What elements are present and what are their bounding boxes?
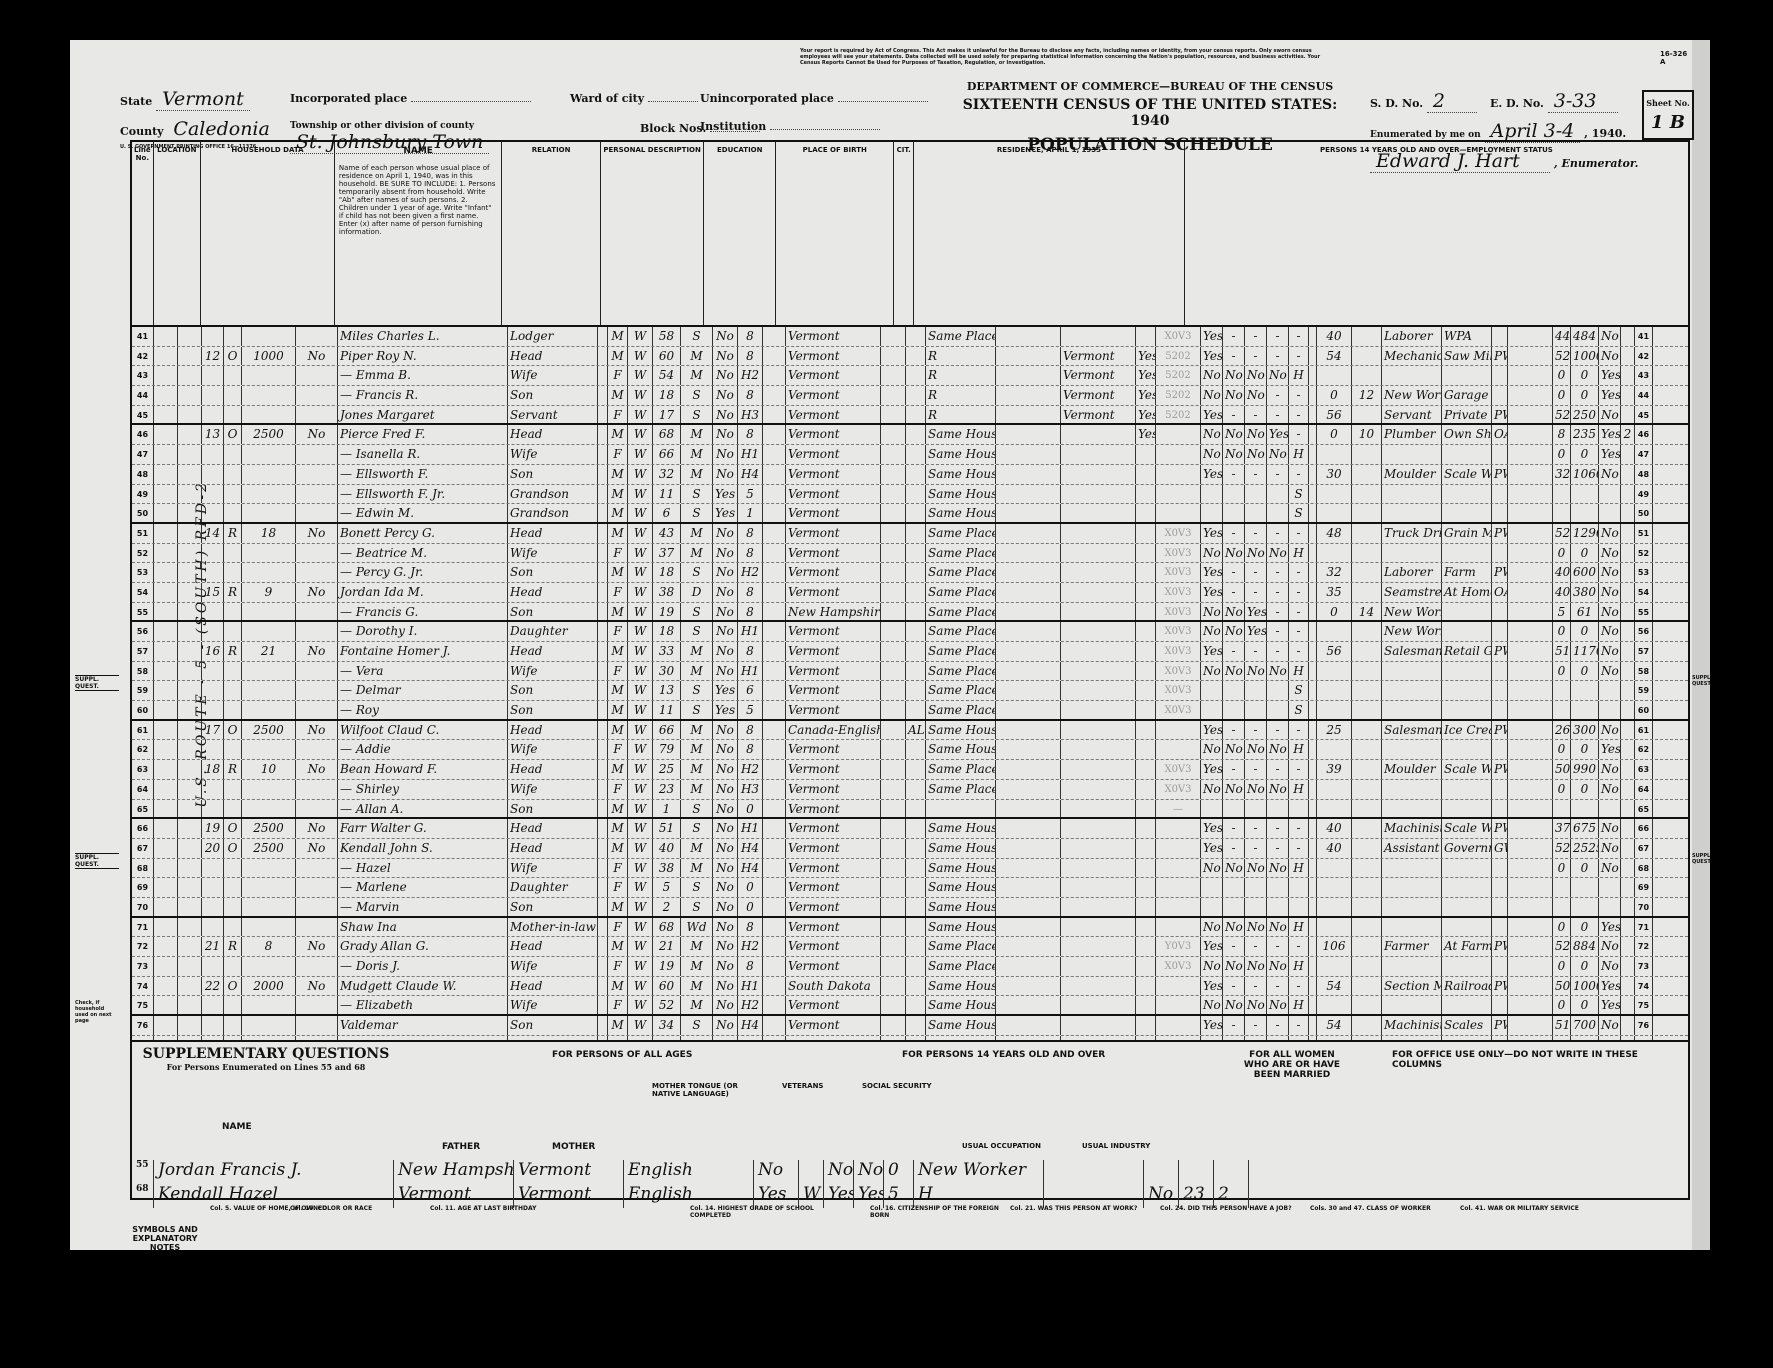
cell-occ: Moulder bbox=[1382, 465, 1442, 484]
cell-c23 bbox=[1245, 701, 1267, 719]
cell-c25 bbox=[1289, 898, 1309, 916]
cell-b bbox=[763, 347, 786, 366]
cell-line: 73 bbox=[132, 957, 154, 976]
cell-c16 bbox=[906, 504, 926, 522]
cell-c17: Same Place bbox=[926, 937, 996, 956]
cell-c21: No bbox=[1201, 740, 1223, 759]
cell-c26 bbox=[1317, 544, 1352, 563]
cell-c21: Yes bbox=[1201, 465, 1223, 484]
cell-sch: No bbox=[713, 662, 738, 681]
supp-cell-married_more bbox=[1144, 1160, 1179, 1184]
cell-b bbox=[763, 957, 786, 976]
cell-c25: H bbox=[1289, 780, 1309, 799]
cell-c2 bbox=[178, 563, 202, 582]
census-title: SIXTEENTH CENSUS OF THE UNITED STATES: 1… bbox=[950, 97, 1350, 129]
cell-d bbox=[1156, 740, 1201, 759]
cell-line: 72 bbox=[132, 937, 154, 956]
table-row: 62— AddieWifeFW79MNo8VermontSame HouseNo… bbox=[132, 740, 1688, 760]
supp-cell-ss2: No bbox=[854, 1160, 884, 1184]
cell-hh: 15 bbox=[202, 583, 224, 602]
cell-c21: No bbox=[1201, 386, 1223, 405]
cell-grade: H1 bbox=[738, 977, 763, 996]
cell-weeks: 52 bbox=[1553, 524, 1571, 543]
cell-income: 600 bbox=[1571, 563, 1599, 582]
cell-c24: - bbox=[1267, 465, 1289, 484]
cell-c18 bbox=[996, 347, 1061, 366]
cell-age: 68 bbox=[653, 425, 681, 444]
supp-women: FOR ALL WOMEN WHO ARE OR HAVE BEEN MARRI… bbox=[1242, 1050, 1342, 1080]
cell-c34 bbox=[1621, 563, 1635, 582]
cell-c24: - bbox=[1267, 839, 1289, 858]
cell-cls: PW bbox=[1492, 563, 1508, 582]
cell-occ: New Worker bbox=[1382, 622, 1442, 641]
cell-f bbox=[1508, 878, 1553, 897]
cell-occ bbox=[1382, 662, 1442, 681]
cell-b bbox=[763, 563, 786, 582]
cell-sex: F bbox=[608, 878, 628, 897]
cell-weeks: 51 bbox=[1553, 1016, 1571, 1035]
cell-ind bbox=[1442, 740, 1492, 759]
cell-c23: No bbox=[1245, 859, 1267, 878]
cell-d: X0V3 bbox=[1156, 957, 1201, 976]
cell-c2 bbox=[178, 622, 202, 641]
cell-c22: No bbox=[1223, 425, 1245, 444]
cell-grade: H2 bbox=[738, 996, 763, 1014]
cell-weeks: 44 bbox=[1553, 327, 1571, 346]
cell-e bbox=[1309, 662, 1317, 681]
cell-line: 44 bbox=[132, 386, 154, 405]
cell-line: 61 bbox=[132, 721, 154, 740]
cell-c21 bbox=[1201, 681, 1223, 700]
cell-occ bbox=[1382, 780, 1442, 799]
cell-sex: M bbox=[608, 898, 628, 916]
cell-own bbox=[224, 780, 242, 799]
cell-b bbox=[763, 839, 786, 858]
cell-own: O bbox=[224, 347, 242, 366]
cell-c25: H bbox=[1289, 544, 1309, 563]
cell-name: Bean Howard F. bbox=[338, 760, 508, 779]
table-row: 6318R10NoBean Howard F.HeadMW25MNoH2Verm… bbox=[132, 760, 1688, 780]
cell-c20 bbox=[1136, 819, 1156, 838]
cell-ind bbox=[1442, 898, 1492, 916]
cell-rel: Grandson bbox=[508, 504, 598, 522]
cell-c17: Same Place bbox=[926, 544, 996, 563]
cell-c22: No bbox=[1223, 780, 1245, 799]
cell-age: 60 bbox=[653, 347, 681, 366]
cell-value bbox=[242, 662, 296, 681]
cell-c23 bbox=[1245, 681, 1267, 700]
cell-weeks bbox=[1553, 898, 1571, 916]
cell-c24: - bbox=[1267, 1016, 1289, 1035]
cell-sex: M bbox=[608, 524, 628, 543]
cell-line: 60 bbox=[132, 701, 154, 719]
cell-rel: Daughter bbox=[508, 622, 598, 641]
cell-birth: Vermont bbox=[786, 622, 881, 641]
cell-grade: 8 bbox=[738, 740, 763, 759]
cell-income: 700 bbox=[1571, 1016, 1599, 1035]
cell-c bbox=[881, 878, 906, 897]
table-row: 68— HazelWifeFW38MNoH4VermontSame HouseN… bbox=[132, 859, 1688, 879]
cell-c1 bbox=[154, 662, 178, 681]
cell-hh bbox=[202, 622, 224, 641]
cell-c22 bbox=[1223, 878, 1245, 897]
cell-own bbox=[224, 800, 242, 818]
cell-c17: R bbox=[926, 406, 996, 424]
cell-c1 bbox=[154, 859, 178, 878]
cell-c23: No bbox=[1245, 740, 1267, 759]
cell-grade: H1 bbox=[738, 445, 763, 464]
cell-sch: No bbox=[713, 583, 738, 602]
cell-b bbox=[763, 937, 786, 956]
cell-d: X0V3 bbox=[1156, 622, 1201, 641]
cell-own: R bbox=[224, 583, 242, 602]
cell-c23 bbox=[1245, 898, 1267, 916]
cell-c25: - bbox=[1289, 563, 1309, 582]
cell-c24: - bbox=[1267, 386, 1289, 405]
cell-c1 bbox=[154, 406, 178, 424]
cell-c20 bbox=[1136, 465, 1156, 484]
cell-cls bbox=[1492, 366, 1508, 385]
cell-a bbox=[598, 780, 608, 799]
cell-c22: - bbox=[1223, 347, 1245, 366]
cell-line: 45 bbox=[132, 406, 154, 424]
cell-c24: No bbox=[1267, 662, 1289, 681]
cell-c25: - bbox=[1289, 583, 1309, 602]
cell-c bbox=[881, 701, 906, 719]
cell-c27 bbox=[1352, 839, 1382, 858]
cell-line: 65 bbox=[132, 800, 154, 818]
cell-mar: M bbox=[681, 662, 713, 681]
county-value: Caledonia bbox=[167, 118, 275, 141]
cell-other: Yes bbox=[1599, 996, 1621, 1014]
cell-grade: H2 bbox=[738, 760, 763, 779]
cell-other: No bbox=[1599, 347, 1621, 366]
cell-c20: Yes bbox=[1136, 347, 1156, 366]
cell-ind: Scale Works bbox=[1442, 760, 1492, 779]
cell-c18 bbox=[996, 485, 1061, 504]
cell-other bbox=[1599, 485, 1621, 504]
cell-sch: No bbox=[713, 603, 738, 621]
cell-c20 bbox=[1136, 681, 1156, 700]
cell-c20 bbox=[1136, 740, 1156, 759]
cell-c2 bbox=[178, 1016, 202, 1035]
cell-ind: At Home bbox=[1442, 583, 1492, 602]
cell-c24 bbox=[1267, 504, 1289, 522]
cell-c23: - bbox=[1245, 642, 1267, 661]
cell-c25 bbox=[1289, 800, 1309, 818]
cell-c bbox=[881, 406, 906, 424]
cell-weeks: 37 bbox=[1553, 819, 1571, 838]
cell-b bbox=[763, 406, 786, 424]
cell-c16 bbox=[906, 406, 926, 424]
cell-c2 bbox=[178, 485, 202, 504]
cell-income: 0 bbox=[1571, 780, 1599, 799]
cell-c20 bbox=[1136, 583, 1156, 602]
cell-c17: Same House bbox=[926, 445, 996, 464]
table-row: 64— ShirleyWifeFW23MNoH3VermontSame Plac… bbox=[132, 780, 1688, 800]
cell-occ: Farmer bbox=[1382, 937, 1442, 956]
cell-c18 bbox=[996, 721, 1061, 740]
cell-weeks: 0 bbox=[1553, 662, 1571, 681]
cell-c23 bbox=[1245, 878, 1267, 897]
cell-name: Fontaine Homer J. bbox=[338, 642, 508, 661]
cell-c19 bbox=[1061, 603, 1136, 621]
cell-other: No bbox=[1599, 937, 1621, 956]
cell-birth: South Dakota bbox=[786, 977, 881, 996]
supp-cell-father_birth: New Hampshire bbox=[394, 1160, 514, 1184]
cell-c21 bbox=[1201, 878, 1223, 897]
cell-c23 bbox=[1245, 800, 1267, 818]
cell-grade: 8 bbox=[738, 642, 763, 661]
cell-race: W bbox=[628, 642, 653, 661]
cell-c20 bbox=[1136, 701, 1156, 719]
cell-d bbox=[1156, 878, 1201, 897]
cell-c16 bbox=[906, 386, 926, 405]
cell-c24: - bbox=[1267, 937, 1289, 956]
cell-f bbox=[1508, 740, 1553, 759]
cell-b bbox=[763, 465, 786, 484]
cell-cls: OA bbox=[1492, 425, 1508, 444]
cell-b bbox=[763, 327, 786, 346]
cell-c20 bbox=[1136, 504, 1156, 522]
cell-c19 bbox=[1061, 859, 1136, 878]
cell-c18 bbox=[996, 996, 1061, 1014]
cell-grade: 0 bbox=[738, 878, 763, 897]
cell-occ bbox=[1382, 957, 1442, 976]
cell-other: Yes bbox=[1599, 425, 1621, 444]
supplementary-questions: SUPPLEMENTARY QUESTIONS For Persons Enum… bbox=[130, 1040, 1690, 1200]
cell-other: No bbox=[1599, 662, 1621, 681]
cell-sex: M bbox=[608, 681, 628, 700]
cell-c19 bbox=[1061, 977, 1136, 996]
cell-f bbox=[1508, 563, 1553, 582]
cell-cls: PW bbox=[1492, 721, 1508, 740]
cell-e bbox=[1309, 563, 1317, 582]
cell-weeks: 40 bbox=[1553, 563, 1571, 582]
cell-c17: Same Place bbox=[926, 642, 996, 661]
cell-grade: H3 bbox=[738, 406, 763, 424]
cell-income: 1170 bbox=[1571, 642, 1599, 661]
cell-c2 bbox=[178, 740, 202, 759]
cell-grade: 5 bbox=[738, 701, 763, 719]
cell-c16 bbox=[906, 445, 926, 464]
cell-own bbox=[224, 504, 242, 522]
cell-c26 bbox=[1317, 800, 1352, 818]
cell-c26: 40 bbox=[1317, 839, 1352, 858]
cell-d: 5202 bbox=[1156, 406, 1201, 424]
cell-c17: Same House bbox=[926, 740, 996, 759]
cell-mar: M bbox=[681, 839, 713, 858]
cell-c27 bbox=[1352, 819, 1382, 838]
cell-income: 0 bbox=[1571, 859, 1599, 878]
cell-d bbox=[1156, 465, 1201, 484]
cell-name: Shaw Ina bbox=[338, 918, 508, 937]
cell-hh: 21 bbox=[202, 937, 224, 956]
cell-grade: 8 bbox=[738, 544, 763, 563]
cell-c bbox=[881, 977, 906, 996]
cell-age: 6 bbox=[653, 504, 681, 522]
cell-c1 bbox=[154, 937, 178, 956]
cell-line: 75 bbox=[132, 996, 154, 1014]
cell-grade: 8 bbox=[738, 524, 763, 543]
table-row: 75— ElizabethWifeFW52MNoH2VermontSame Ho… bbox=[132, 996, 1688, 1016]
cell-sch: No bbox=[713, 996, 738, 1014]
cell-hh bbox=[202, 996, 224, 1014]
cell-line: 41 bbox=[132, 327, 154, 346]
cell-a bbox=[598, 1016, 608, 1035]
supp-14-over: FOR PERSONS 14 YEARS OLD AND OVER bbox=[902, 1050, 1105, 1060]
cell-farm bbox=[296, 859, 338, 878]
cell-c27 bbox=[1352, 957, 1382, 976]
cell-farm bbox=[296, 445, 338, 464]
cell-sch: No bbox=[713, 465, 738, 484]
cell-c22: No bbox=[1223, 996, 1245, 1014]
cell-c26: 56 bbox=[1317, 642, 1352, 661]
cell-other: No bbox=[1599, 563, 1621, 582]
cell-farm: No bbox=[296, 839, 338, 858]
cell-income: 1060 bbox=[1571, 465, 1599, 484]
cell-ind bbox=[1442, 918, 1492, 937]
cell-a bbox=[598, 445, 608, 464]
cell-mar: M bbox=[681, 996, 713, 1014]
cell-ind bbox=[1442, 878, 1492, 897]
cell-age: 17 bbox=[653, 406, 681, 424]
cell-line2: 41 bbox=[1635, 327, 1653, 346]
cell-a bbox=[598, 524, 608, 543]
table-row: 60— RoySonMW11SYes5VermontSame PlaceX0V3… bbox=[132, 701, 1688, 721]
cell-b bbox=[763, 740, 786, 759]
cell-other bbox=[1599, 701, 1621, 719]
cell-d bbox=[1156, 504, 1201, 522]
cell-c22: - bbox=[1223, 937, 1245, 956]
cell-occ: New Worker bbox=[1382, 386, 1442, 405]
cell-c20 bbox=[1136, 662, 1156, 681]
table-row: 6720O2500NoKendall John S.HeadMW40MNoH4V… bbox=[132, 839, 1688, 859]
cell-line: 58 bbox=[132, 662, 154, 681]
cell-race: W bbox=[628, 977, 653, 996]
cell-birth: Vermont bbox=[786, 662, 881, 681]
cell-a bbox=[598, 996, 608, 1014]
cell-e bbox=[1309, 898, 1317, 916]
cell-weeks: 0 bbox=[1553, 859, 1571, 878]
cell-c19 bbox=[1061, 701, 1136, 719]
cell-c27 bbox=[1352, 445, 1382, 464]
cell-race: W bbox=[628, 524, 653, 543]
cell-income: 300 bbox=[1571, 721, 1599, 740]
cell-farm: No bbox=[296, 642, 338, 661]
cell-rel: Head bbox=[508, 760, 598, 779]
cell-b bbox=[763, 544, 786, 563]
cell-cls: PW bbox=[1492, 406, 1508, 424]
cell-mar: M bbox=[681, 740, 713, 759]
table-row: 48— Ellsworth F.SonMW32MNoH4VermontSame … bbox=[132, 465, 1688, 485]
cell-own: O bbox=[224, 977, 242, 996]
cell-farm bbox=[296, 465, 338, 484]
cell-ind bbox=[1442, 445, 1492, 464]
cell-hh bbox=[202, 800, 224, 818]
cell-c20 bbox=[1136, 1016, 1156, 1035]
cell-race: W bbox=[628, 583, 653, 602]
cell-c26: 54 bbox=[1317, 1016, 1352, 1035]
cell-c21: No bbox=[1201, 662, 1223, 681]
header-education: EDUCATION bbox=[704, 142, 776, 325]
cell-line: 70 bbox=[132, 898, 154, 916]
cell-c1 bbox=[154, 681, 178, 700]
cell-rel: Lodger bbox=[508, 327, 598, 346]
cell-weeks: 52 bbox=[1553, 347, 1571, 366]
cell-c1 bbox=[154, 642, 178, 661]
cell-mar: S bbox=[681, 701, 713, 719]
cell-birth: Vermont bbox=[786, 406, 881, 424]
cell-line2: 68 bbox=[1635, 859, 1653, 878]
cell-c25: - bbox=[1289, 839, 1309, 858]
cell-age: 5 bbox=[653, 878, 681, 897]
cell-hh bbox=[202, 681, 224, 700]
cell-c2 bbox=[178, 642, 202, 661]
cell-c27 bbox=[1352, 721, 1382, 740]
cell-e bbox=[1309, 425, 1317, 444]
cell-cls: GW bbox=[1492, 839, 1508, 858]
cell-d bbox=[1156, 425, 1201, 444]
cell-race: W bbox=[628, 544, 653, 563]
cell-value bbox=[242, 563, 296, 582]
cell-c26: 40 bbox=[1317, 327, 1352, 346]
cell-birth: Vermont bbox=[786, 544, 881, 563]
cell-c16 bbox=[906, 425, 926, 444]
cell-c2 bbox=[178, 937, 202, 956]
cell-c24: - bbox=[1267, 819, 1289, 838]
cell-other: No bbox=[1599, 642, 1621, 661]
cell-value bbox=[242, 465, 296, 484]
cell-occ bbox=[1382, 544, 1442, 563]
cell-line: 47 bbox=[132, 445, 154, 464]
cell-hh: 14 bbox=[202, 524, 224, 543]
cell-rel: Wife bbox=[508, 740, 598, 759]
cell-weeks bbox=[1553, 800, 1571, 818]
cell-line2: 48 bbox=[1635, 465, 1653, 484]
cell-race: W bbox=[628, 878, 653, 897]
cell-line2: 64 bbox=[1635, 780, 1653, 799]
cell-d bbox=[1156, 485, 1201, 504]
cell-e bbox=[1309, 366, 1317, 385]
cell-hh bbox=[202, 957, 224, 976]
cell-c17: Same House bbox=[926, 721, 996, 740]
cell-line2: 55 bbox=[1635, 603, 1653, 621]
cell-c1 bbox=[154, 898, 178, 916]
cell-own bbox=[224, 662, 242, 681]
cell-value: 18 bbox=[242, 524, 296, 543]
cell-farm bbox=[296, 366, 338, 385]
cell-c1 bbox=[154, 563, 178, 582]
table-row: 5415R9NoJordan Ida M.HeadFW38DNo8Vermont… bbox=[132, 583, 1688, 603]
cell-mar: M bbox=[681, 445, 713, 464]
supp-cell-usual_occ: New Worker bbox=[914, 1160, 1044, 1184]
supp-cell-usual_ind bbox=[1044, 1160, 1144, 1184]
supp-cell-age_first_marriage bbox=[1179, 1160, 1214, 1184]
cell-c19 bbox=[1061, 544, 1136, 563]
cell-age: 38 bbox=[653, 859, 681, 878]
cell-c34 bbox=[1621, 1016, 1635, 1035]
cell-c16 bbox=[906, 977, 926, 996]
cell-sch: No bbox=[713, 347, 738, 366]
cell-income: 380 bbox=[1571, 583, 1599, 602]
cell-farm bbox=[296, 878, 338, 897]
supp-title: SUPPLEMENTARY QUESTIONS bbox=[136, 1046, 396, 1062]
cell-other: Yes bbox=[1599, 366, 1621, 385]
cell-name: — Shirley bbox=[338, 780, 508, 799]
cell-c25: H bbox=[1289, 740, 1309, 759]
cell-c26 bbox=[1317, 662, 1352, 681]
